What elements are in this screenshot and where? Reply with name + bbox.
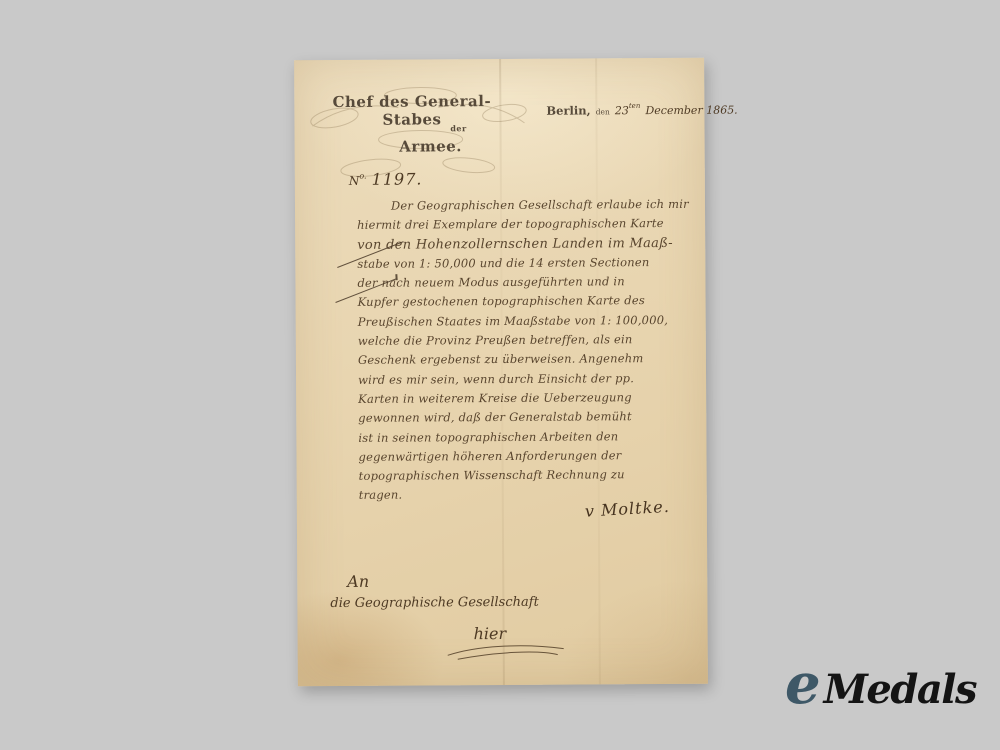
body-line: ist in seinen topographischen Arbeiten d… [358,428,696,449]
body-line: Der Geographischen Gesellschaft erlaube … [357,197,695,218]
letter-body: Der Geographischen Gesellschaft erlaube … [357,197,697,508]
body-line: gewonnen wird, daß der Generalstab bemüh… [358,409,696,430]
letterhead-der: der [444,123,472,133]
body-line: Kupfer gestochenen topographischen Karte… [358,293,696,314]
reference-number: No. 1197. [349,169,423,188]
body-line: stabe von 1: 50,000 und die 14 ersten Se… [357,255,695,276]
reference-superscript: o. [359,171,366,180]
date-city: Berlin, [546,103,590,117]
address-salutation: An [347,572,369,591]
date-day-suffix: ten [629,102,641,110]
reference-digits: 1197. [372,169,423,188]
body-line: Geschenk ergebenst zu überweisen. Angene… [358,351,696,372]
document-paper: Chef des General-Stabes der Armee. Berli… [294,58,708,686]
auction-photo-background: Chef des General-Stabes der Armee. Berli… [0,0,1000,750]
body-line: hiermit drei Exemplare der topographisch… [357,216,695,237]
emedals-e-icon: e [785,656,821,712]
address-place: hier [474,624,507,643]
body-line: der nach neuem Modus ausgeführten und in [357,274,695,295]
letterhead-title: Chef des General-Stabes [321,92,502,129]
body-line: von den Hohenzollernschen Landen im Maaß… [357,235,695,256]
date-day: 23 [615,104,629,117]
dateline: Berlin, den 23ten December 1865. [546,99,737,119]
emedals-watermark: e Medals [785,656,976,712]
reference-prefix: N [349,174,360,188]
date-den: den [596,107,610,116]
date-month-year: December 1865. [645,104,737,118]
body-line: wird es mir sein, wenn durch Einsicht de… [358,370,696,391]
body-line: Karten in weiterem Kreise die Ueberzeugu… [358,390,696,411]
body-line: welche die Provinz Preußen betreffen, al… [358,332,696,353]
body-line: Preußischen Staates im Maaßstabe von 1: … [358,313,696,334]
signature-underline-flourish [446,642,571,661]
emedals-wordmark: Medals [824,670,976,710]
body-line: topographischen Wissenschaft Rechnung zu [359,467,697,488]
address-recipient: die Geographische Gesellschaft [330,595,538,611]
moltke-signature: v Moltke. [584,497,670,521]
body-line: gegenwärtigen höheren Anforderungen der [358,448,696,469]
letterhead-armee: Armee. [395,137,467,155]
